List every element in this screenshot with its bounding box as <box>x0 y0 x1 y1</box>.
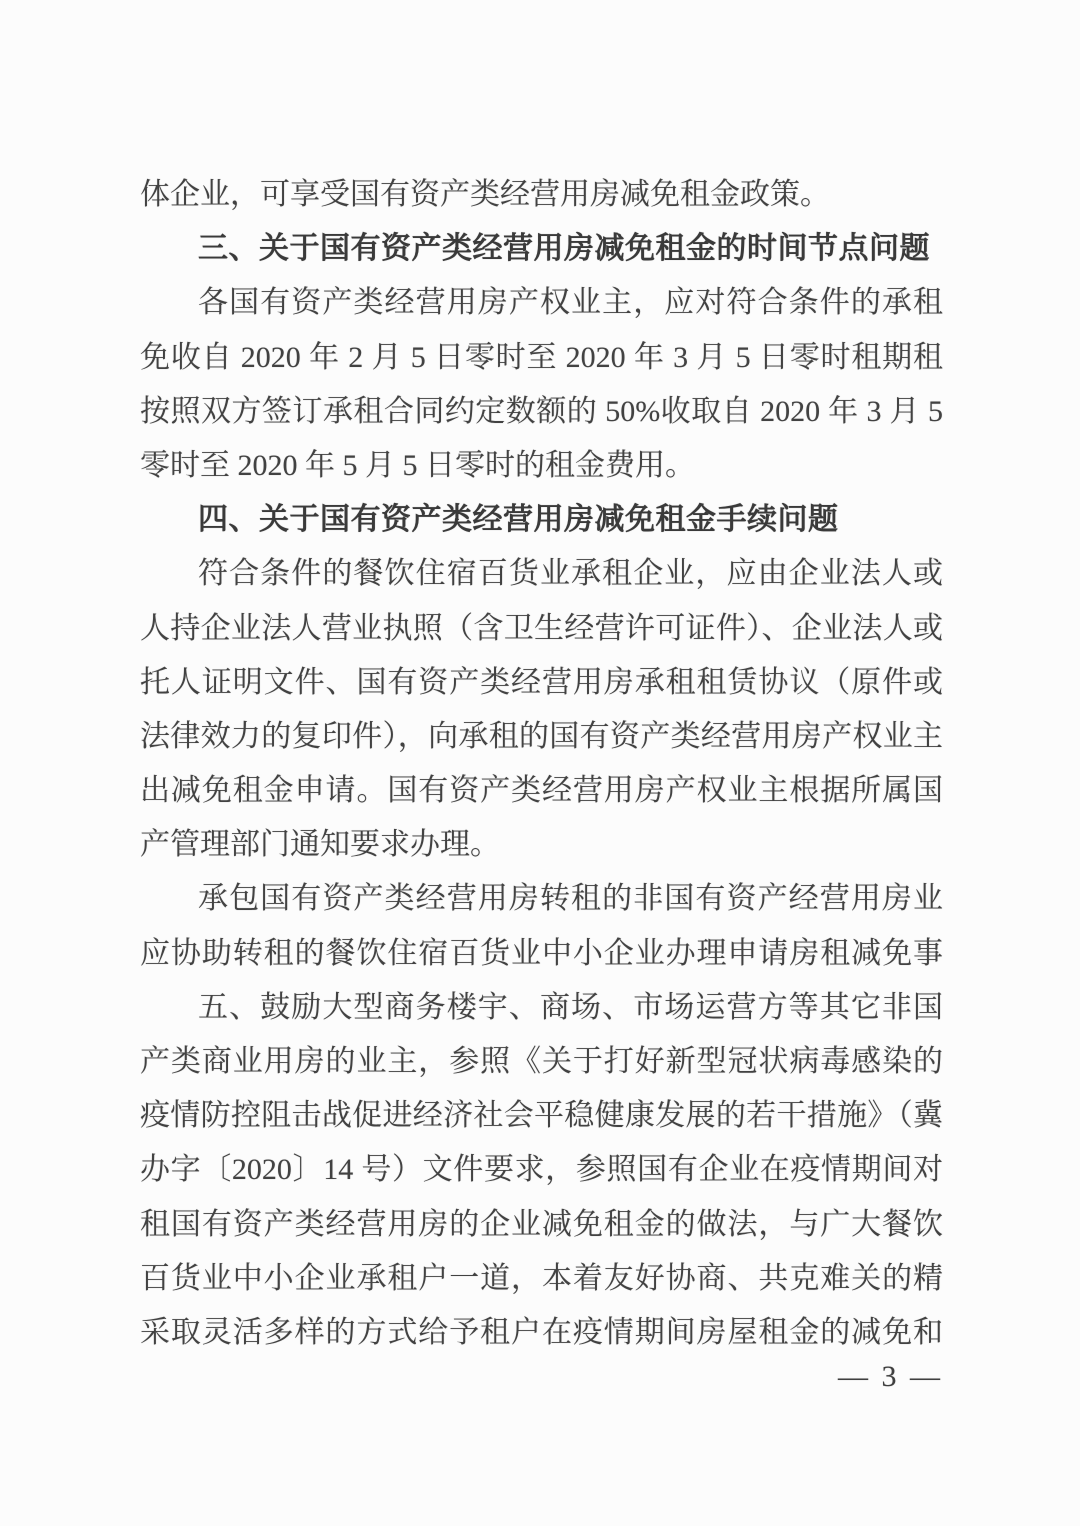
page-number: — 3 — <box>838 1352 943 1402</box>
text-line: 应协助转租的餐饮住宿百货业中小企业办理申请房租减免事宜。 <box>140 927 943 981</box>
text-line: 办字〔2020〕14 号）文件要求，参照国有企业在疫情期间对承 <box>140 1143 943 1197</box>
text-line: 人持企业法人营业执照（含卫生经营许可证件）、企业法人或委 <box>140 602 943 656</box>
text-line: 托人证明文件、国有资产类经营用房承租租赁协议（原件或同等 <box>140 656 943 710</box>
document-page: 体企业，可享受国有资产类经营用房减免租金政策。三、关于国有资产类经营用房减免租金… <box>0 0 1080 1526</box>
text-line: 租国有资产类经营用房的企业减免租金的做法，与广大餐饮住宿 <box>140 1198 943 1252</box>
text-line: 免收自 2020 年 2 月 5 日零时至 2020 年 3 月 5 日零时租期… <box>140 331 943 385</box>
text-line: 承包国有资产类经营用房转租的非国有资产经营用房业主， <box>140 872 943 926</box>
text-line: 产管理部门通知要求办理。 <box>140 818 943 872</box>
text-line: 出减免租金申请。国有资产类经营用房产权业主根据所属国有资 <box>140 764 943 818</box>
text-line: 采取灵活多样的方式给予租户在疫情期间房屋租金的减免和优 <box>140 1306 943 1360</box>
text-line: 零时至 2020 年 5 月 5 日零时的租金费用。 <box>140 439 943 493</box>
text-line: 产类商业用房的业主，参照《关于打好新型冠状病毒感染的肺炎 <box>140 1035 943 1089</box>
text-line: 四、关于国有资产类经营用房减免租金手续问题 <box>140 493 943 547</box>
text-line: 符合条件的餐饮住宿百货业承租企业，应由企业法人或委托 <box>140 547 943 601</box>
text-line: 五、鼓励大型商务楼宇、商场、市场运营方等其它非国有资 <box>140 981 943 1035</box>
text-line: 三、关于国有资产类经营用房减免租金的时间节点问题 <box>140 222 943 276</box>
text-line: 百货业中小企业承租户一道，本着友好协商、共克难关的精神， <box>140 1252 943 1306</box>
text-line: 疫情防控阻击战促进经济社会平稳健康发展的若干措施》（冀政 <box>140 1089 943 1143</box>
text-line: 按照双方签订承租合同约定数额的 50%收取自 2020 年 3 月 5 日 <box>140 385 943 439</box>
text-line: 各国有资产类经营用房产权业主，应对符合条件的承租企业 <box>140 276 943 330</box>
document-body: 体企业，可享受国有资产类经营用房减免租金政策。三、关于国有资产类经营用房减免租金… <box>140 168 943 1360</box>
text-line: 法律效力的复印件），向承租的国有资产类经营用房产权业主提 <box>140 710 943 764</box>
text-line: 体企业，可享受国有资产类经营用房减免租金政策。 <box>140 168 943 222</box>
